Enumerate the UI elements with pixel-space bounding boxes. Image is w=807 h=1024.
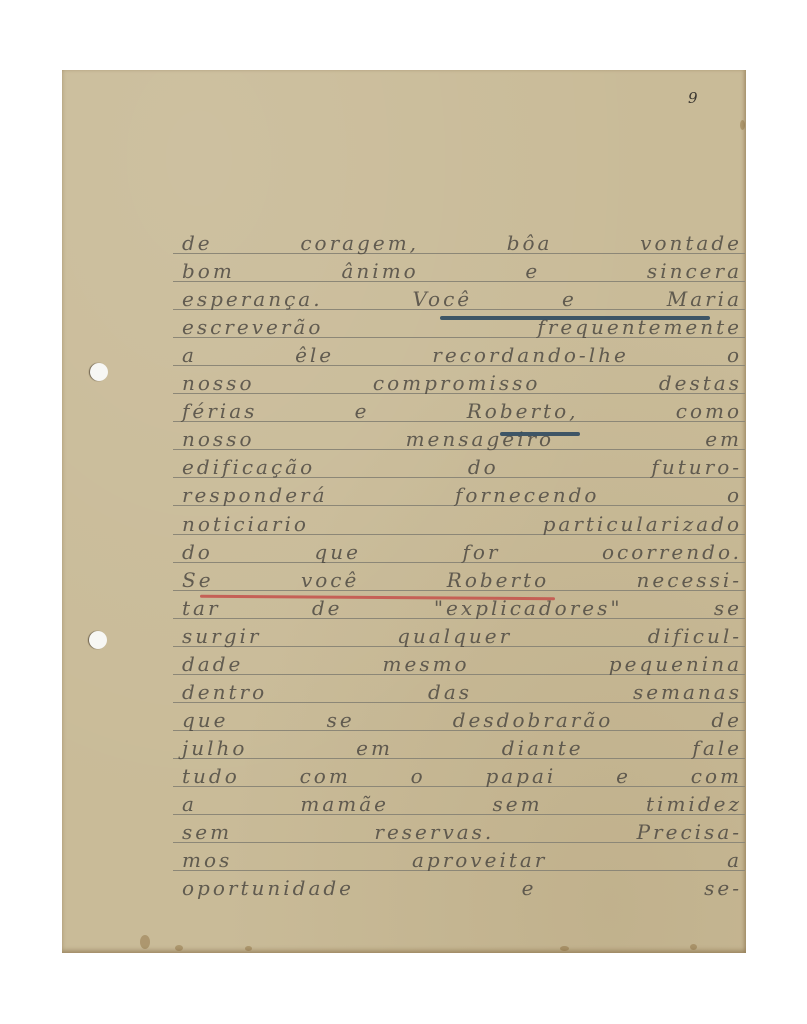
text-line: surgir qualquer dificul-	[182, 622, 742, 650]
foxing-stain	[740, 120, 745, 130]
page-number: 9	[688, 89, 698, 107]
text-line: tudo com o papai e com	[182, 762, 742, 790]
text-line: mos aproveitar a	[182, 846, 742, 874]
text-line: responderá fornecendo o	[182, 481, 742, 509]
text-line: que se desdobrarão de	[182, 706, 742, 734]
text-line: noticiario particularizado	[182, 510, 742, 538]
text-line: a êle recordando-lhe o	[182, 341, 742, 369]
blue-underline-voce-e-maria	[440, 316, 710, 320]
text-line: oportunidade e se-	[182, 874, 742, 902]
text-line: nosso compromisso destas	[182, 369, 742, 397]
foxing-stain	[245, 946, 252, 951]
text-line: julho em diante fale	[182, 734, 742, 762]
text-line: bom ânimo e sincera	[182, 257, 742, 285]
text-line: Se você Roberto necessi-	[182, 566, 742, 594]
text-line: esperança. Você e Maria	[182, 285, 742, 313]
blue-underline-mensageiro	[500, 432, 580, 436]
text-line: dentro das semanas	[182, 678, 742, 706]
punch-hole-bottom	[89, 631, 107, 649]
text-line: férias e Roberto, como	[182, 397, 742, 425]
foxing-stain	[175, 945, 183, 951]
foxing-stain	[140, 935, 150, 949]
text-line: sem reservas. Precisa-	[182, 818, 742, 846]
text-line: a mamãe sem timidez	[182, 790, 742, 818]
text-line: nosso mensageiro em	[182, 425, 742, 453]
foxing-stain	[560, 946, 569, 951]
text-line: dade mesmo pequenina	[182, 650, 742, 678]
text-line: de coragem, bôa vontade	[182, 229, 742, 257]
foxing-stain	[690, 944, 697, 950]
punch-hole-top	[90, 363, 108, 381]
text-line: edificação do futuro-	[182, 453, 742, 481]
text-line: do que for ocorrendo.	[182, 538, 742, 566]
